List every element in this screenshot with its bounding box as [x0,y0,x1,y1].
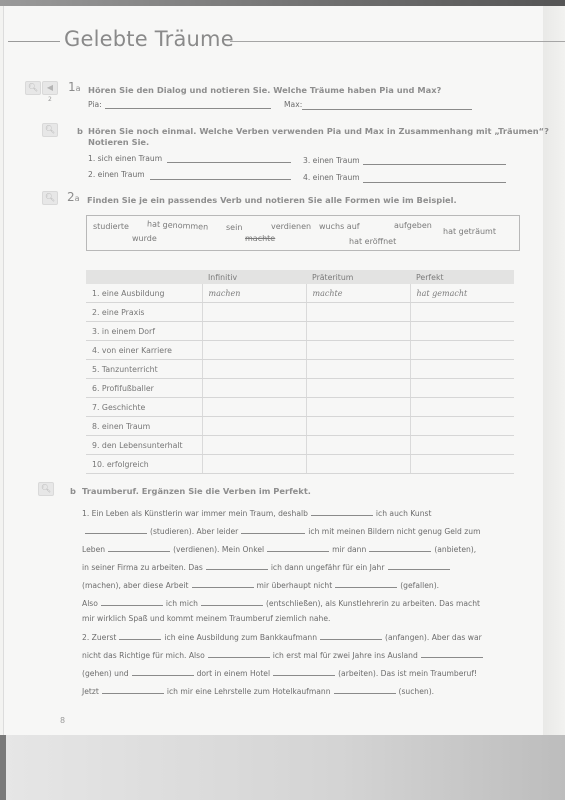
row-label: 5. Tanzunterricht [86,360,202,379]
ex1b-item-4: 4. einen Traum [303,173,360,182]
row-label: 8. einen Traum [86,417,202,436]
answer-cell[interactable]: machte [306,284,410,303]
answer-blank[interactable] [206,561,268,570]
ex1b-blank-2[interactable] [150,179,291,180]
exercise-2a-number: 2a [67,190,80,204]
cloze-line: (machen), aber diese Arbeitmir überhaupt… [82,579,439,590]
cloze-segment: dort in einem Hotel [197,669,271,678]
scan-left-strip [0,735,6,800]
page-number: 8 [60,716,65,725]
audio-track-number: 2 [48,96,52,103]
page-gutter [543,6,565,735]
answer-blank[interactable] [208,649,270,658]
table-row: 5. Tanzunterricht [86,360,514,379]
answer-cell[interactable]: machen [202,284,306,303]
magnifier-icon: 🔍︎ [42,123,58,137]
col-header-praeteritum: Präteritum [306,270,410,284]
answer-cell[interactable] [306,417,410,436]
answer-blank[interactable] [388,561,450,570]
answer-blank[interactable] [335,579,397,588]
answer-cell[interactable] [306,322,410,341]
answer-cell[interactable] [202,341,306,360]
row-label: 10. erfolgreich [86,455,202,474]
magnifier-icon: 🔍︎ [42,191,58,205]
answer-blank[interactable] [132,667,194,676]
answer-cell[interactable] [306,379,410,398]
verb-forms-table: Infinitiv Präteritum Perfekt 1. eine Aus… [86,270,514,474]
table-row: 1. eine Ausbildungmachenmachtehat gemach… [86,284,514,303]
ex1b-blank-4[interactable] [363,182,506,183]
answer-cell[interactable] [410,417,514,436]
speaker-icon: ◀ [42,81,58,95]
answer-blank[interactable] [267,543,329,552]
answer-cell[interactable] [410,455,514,474]
cloze-line: mir wirklich Spaß und kommt meinem Traum… [82,614,330,623]
answer-cell[interactable] [306,455,410,474]
answer-cell[interactable] [410,436,514,455]
word-verdienen: verdienen [271,222,311,231]
cloze-segment: ich mich [166,599,198,608]
table-row: 2. eine Praxis [86,303,514,322]
answer-cell[interactable] [202,379,306,398]
answer-cell[interactable] [410,379,514,398]
cloze-line: (gehen) unddort in einem Hotel(arbeiten)… [82,667,477,678]
exercise-1b-instruction-line2: Notieren Sie. [88,137,149,147]
word-bank: studierte hat genommen sein verdienen wu… [86,215,520,251]
table-header-row: Infinitiv Präteritum Perfekt [86,270,514,284]
word-hat-getraeumt: hat geträumt [443,227,496,236]
cloze-line: (studieren). Aber leiderich mit meinen B… [82,525,480,536]
answer-cell[interactable] [410,322,514,341]
cloze-segment: ich eine Ausbildung zum Bankkaufmann [164,633,317,642]
ex1b-item-3: 3. einen Traum [303,156,360,165]
cloze-segment: (entschließen), als Kunstlehrerin zu arb… [266,599,480,608]
exercise-number: 2 [67,190,75,204]
cloze-segment: ich auch Kunst [376,509,432,518]
answer-blank[interactable] [421,649,483,658]
cloze-segment: (machen), aber diese Arbeit [82,581,189,590]
answer-cell[interactable] [306,341,410,360]
row-label: 7. Geschichte [86,398,202,417]
answer-blank[interactable] [320,631,382,640]
magnifier-icon: 🔍︎ [38,482,54,496]
exercise-1a-instruction: Hören Sie den Dialog und notieren Sie. W… [88,85,441,95]
cloze-segment: (anbieten), [434,545,476,554]
answer-blank[interactable] [192,579,254,588]
cloze-segment: 2. Zuerst [82,633,116,642]
exercise-number: 1 [68,80,76,94]
col-header-infinitiv: Infinitiv [202,270,306,284]
cloze-segment: in seiner Firma zu arbeiten. Das [82,563,203,572]
scan-bottom-edge [0,735,565,800]
answer-blank[interactable] [102,685,164,694]
cloze-line: Alsoich mich(entschließen), als Kunstleh… [82,597,480,608]
cloze-segment: ich mir eine Lehrstelle zum Hotelkaufman… [167,687,331,696]
cloze-line: Leben(verdienen). Mein Onkelmir dann(anb… [82,543,476,554]
answer-blank[interactable] [119,631,161,640]
page-title: Gelebte Träume [64,27,234,51]
ex1b-blank-1[interactable] [167,162,291,163]
cloze-line: 1. Ein Leben als Künstlerin war immer me… [82,507,431,518]
table-row: 4. von einer Karriere [86,341,514,360]
table-row: 7. Geschichte [86,398,514,417]
title-rule-right [230,41,565,42]
cloze-segment: mir wirklich Spaß und kommt meinem Traum… [82,614,330,623]
answer-cell[interactable]: hat gemacht [410,284,514,303]
answer-cell[interactable] [202,455,306,474]
row-label: 2. eine Praxis [86,303,202,322]
table-row: 9. den Lebensunterhalt [86,436,514,455]
ex1b-item-2: 2. einen Traum [88,170,145,179]
answer-cell[interactable] [410,360,514,379]
cloze-segment: (gehen) und [82,669,129,678]
cloze-segment: ich mit meinen Bildern nicht genug Geld … [308,527,480,536]
table-row: 6. Profifußballer [86,379,514,398]
cloze-line: Jetztich mir eine Lehrstelle zum Hotelka… [82,685,434,696]
answer-blank[interactable] [101,597,163,606]
max-answer-blank[interactable] [302,109,472,110]
answer-cell[interactable] [410,398,514,417]
cloze-segment: 1. Ein Leben als Künstlerin war immer me… [82,509,308,518]
cloze-segment: mir dann [332,545,366,554]
row-label: 9. den Lebensunterhalt [86,436,202,455]
cloze-segment: (studieren). Aber leider [150,527,238,536]
pia-answer-blank[interactable] [105,108,271,109]
answer-cell[interactable] [306,398,410,417]
answer-cell[interactable] [410,303,514,322]
word-wuchs-auf: wuchs auf [319,222,360,231]
cloze-line: nicht das Richtige für mich. Alsoich ers… [82,649,486,660]
cloze-segment: (arbeiten). Das ist mein Traumberuf! [338,669,477,678]
row-label: 6. Profifußballer [86,379,202,398]
answer-blank[interactable] [311,507,373,516]
row-label: 4. von einer Karriere [86,341,202,360]
answer-cell[interactable] [410,341,514,360]
table-row: 10. erfolgreich [86,455,514,474]
row-label: 1. eine Ausbildung [86,284,202,303]
ex1b-item-1: 1. sich einen Traum [88,154,162,163]
answer-cell[interactable] [202,417,306,436]
answer-blank[interactable] [108,543,170,552]
word-machte-crossed-out: machte [245,234,275,243]
answer-blank[interactable] [85,525,147,534]
cloze-segment: Jetzt [82,687,99,696]
row-label: 3. in einem Dorf [86,322,202,341]
answer-cell[interactable] [306,303,410,322]
title-rule-left [8,41,60,42]
exercise-letter: a [76,84,81,93]
max-label: Max: [284,100,302,109]
exercise-1a-number: 1a [68,80,81,94]
answer-cell[interactable] [306,436,410,455]
cloze-segment: (suchen). [399,687,435,696]
exercise-2b-instruction: Traumberuf. Ergänzen Sie die Verben im P… [82,486,311,496]
word-hat-eroeffnet: hat eröffnet [349,237,396,246]
answer-blank[interactable] [273,667,335,676]
answer-blank[interactable] [201,597,263,606]
pia-label: Pia: [88,100,102,109]
table-row: 8. einen Traum [86,417,514,436]
answer-cell[interactable] [202,360,306,379]
cloze-segment: Also [82,599,98,608]
word-hat-genommen: hat genommen [147,219,209,231]
magnifier-icon: 🔍︎ [25,81,41,95]
cloze-segment: (gefallen). [400,581,439,590]
answer-cell[interactable] [202,398,306,417]
cloze-segment: ich erst mal für zwei Jahre ins Ausland [273,651,418,660]
word-aufgeben: aufgeben [394,221,432,230]
word-wurde: wurde [132,234,157,243]
answer-cell[interactable] [202,436,306,455]
word-sein: sein [226,223,242,232]
exercise-2b-letter: b [70,486,76,496]
answer-blank[interactable] [369,543,431,552]
cloze-segment: Leben [82,545,105,554]
answer-cell[interactable] [202,322,306,341]
col-header-noun [86,270,202,284]
answer-blank[interactable] [241,525,305,534]
table-row: 3. in einem Dorf [86,322,514,341]
exercise-letter: a [75,194,80,203]
col-header-perfekt: Perfekt [410,270,514,284]
word-studierte: studierte [93,222,129,231]
ex1b-blank-3[interactable] [363,164,506,165]
cloze-segment: ich dann ungefähr für ein Jahr [271,563,385,572]
cloze-segment: nicht das Richtige für mich. Also [82,651,205,660]
cloze-line: 2. Zuerstich eine Ausbildung zum Bankkau… [82,631,482,642]
exercise-1b-instruction-line1: Hören Sie noch einmal. Welche Verben ver… [88,126,549,136]
answer-cell[interactable] [202,303,306,322]
exercise-2a-instruction: Finden Sie je ein passendes Verb und not… [87,195,457,205]
cloze-segment: (verdienen). Mein Onkel [173,545,264,554]
cloze-line: in seiner Firma zu arbeiten. Dasich dann… [82,561,453,572]
exercise-1b-letter: b [77,126,83,136]
answer-blank[interactable] [334,685,396,694]
answer-cell[interactable] [306,360,410,379]
cloze-segment: (anfangen). Aber das war [385,633,482,642]
cloze-segment: mir überhaupt nicht [257,581,333,590]
